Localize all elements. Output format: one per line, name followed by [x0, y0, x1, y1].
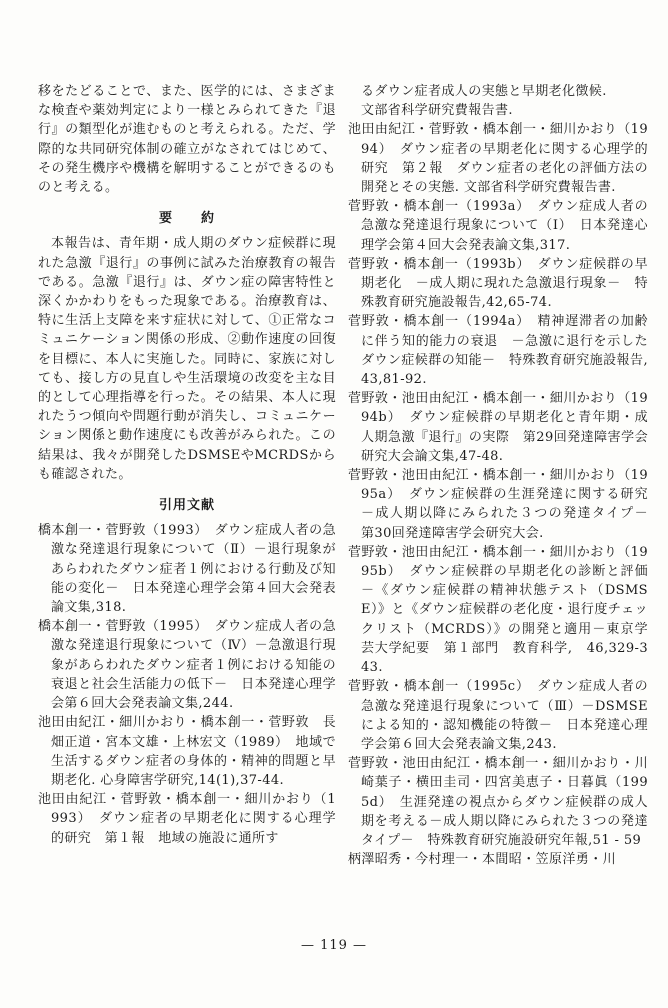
reference-entry: 菅野敦・橋本創一（1994a） 精神遅滞者の加齢に伴う知的能力の衰退 －急激に退…: [348, 312, 648, 389]
reference-entry: 菅野敦・池田由紀江・橋本創一・細川かおり・川崎葉子・横田圭司・四宮美恵子・日暮眞…: [348, 754, 648, 850]
reference-entry: 菅野敦・橋本創一（1993b） ダウン症候群の早期老化 －成人期に現れた急激退行…: [348, 255, 648, 313]
references-heading: 引用文献: [38, 496, 336, 515]
left-column: 移をたどることで、また、医学的には、さまざまな検査や薬効判定により一様とみられて…: [38, 82, 336, 848]
page-number: — 119 —: [0, 936, 668, 955]
reference-entry: 菅野敦・橋本創一（1993a） ダウン症成人者の急激な発達退行現象について（Ⅰ）…: [348, 197, 648, 255]
reference-entry: 橋本創一・菅野敦（1993） ダウン症成人者の急激な発達退行現象について（Ⅱ）－…: [38, 521, 336, 617]
reference-entry: 菅野敦・橋本創一（1995c） ダウン症成人者の急激な発達退行現象について（Ⅲ）…: [348, 677, 648, 754]
reference-entry: 池田由紀江・菅野敦・橋本創一・細川かおり（1993） ダウン症者の早期老化に関す…: [38, 790, 336, 848]
reference-entry: 菅野敦・池田由紀江・橋本創一・細川かおり（1995b） ダウン症候群の早期老化の…: [348, 543, 648, 677]
intro-paragraph: 移をたどることで、また、医学的には、さまざまな検査や薬効判定により一様とみられて…: [38, 82, 336, 197]
reference-entry: 菅野敦・池田由紀江・橋本創一・細川かおり（1995a） ダウン症候群の生涯発達に…: [348, 466, 648, 543]
reference-entry: 橋本創一・菅野敦（1995） ダウン症成人者の急激な発達退行現象について（Ⅳ）－…: [38, 617, 336, 713]
right-column: るダウン症者成人の実態と早期老化徴候. 文部省科学研究費報告書. 池田由紀江・菅…: [348, 82, 648, 869]
reference-entry: 池田由紀江・菅野敦・橋本創一・細川かおり（1994） ダウン症者の早期老化に関す…: [348, 120, 648, 197]
reference-entry: 池田由紀江・細川かおり・橋本創一・菅野敦 長畑正道・宮本文雄・上林宏文（1989…: [38, 713, 336, 790]
summary-paragraph: 本報告は、青年期・成人期のダウン症候群に現れた急激『退行』の事例に試みた治療教育…: [38, 234, 336, 484]
summary-heading: 要 約: [38, 209, 336, 228]
reference-continuation: るダウン症者成人の実態と早期老化徴候. 文部省科学研究費報告書.: [348, 82, 648, 120]
reference-entry: 菅野敦・池田由紀江・橋本創一・細川かおり（1994b） ダウン症候群の早期老化と…: [348, 389, 648, 466]
document-page: 移をたどることで、また、医学的には、さまざまな検査や薬効判定により一様とみられて…: [0, 0, 668, 1008]
reference-entry-partial: 柄澤昭秀・今村理一・本間昭・笠原洋勇・川: [348, 850, 648, 869]
